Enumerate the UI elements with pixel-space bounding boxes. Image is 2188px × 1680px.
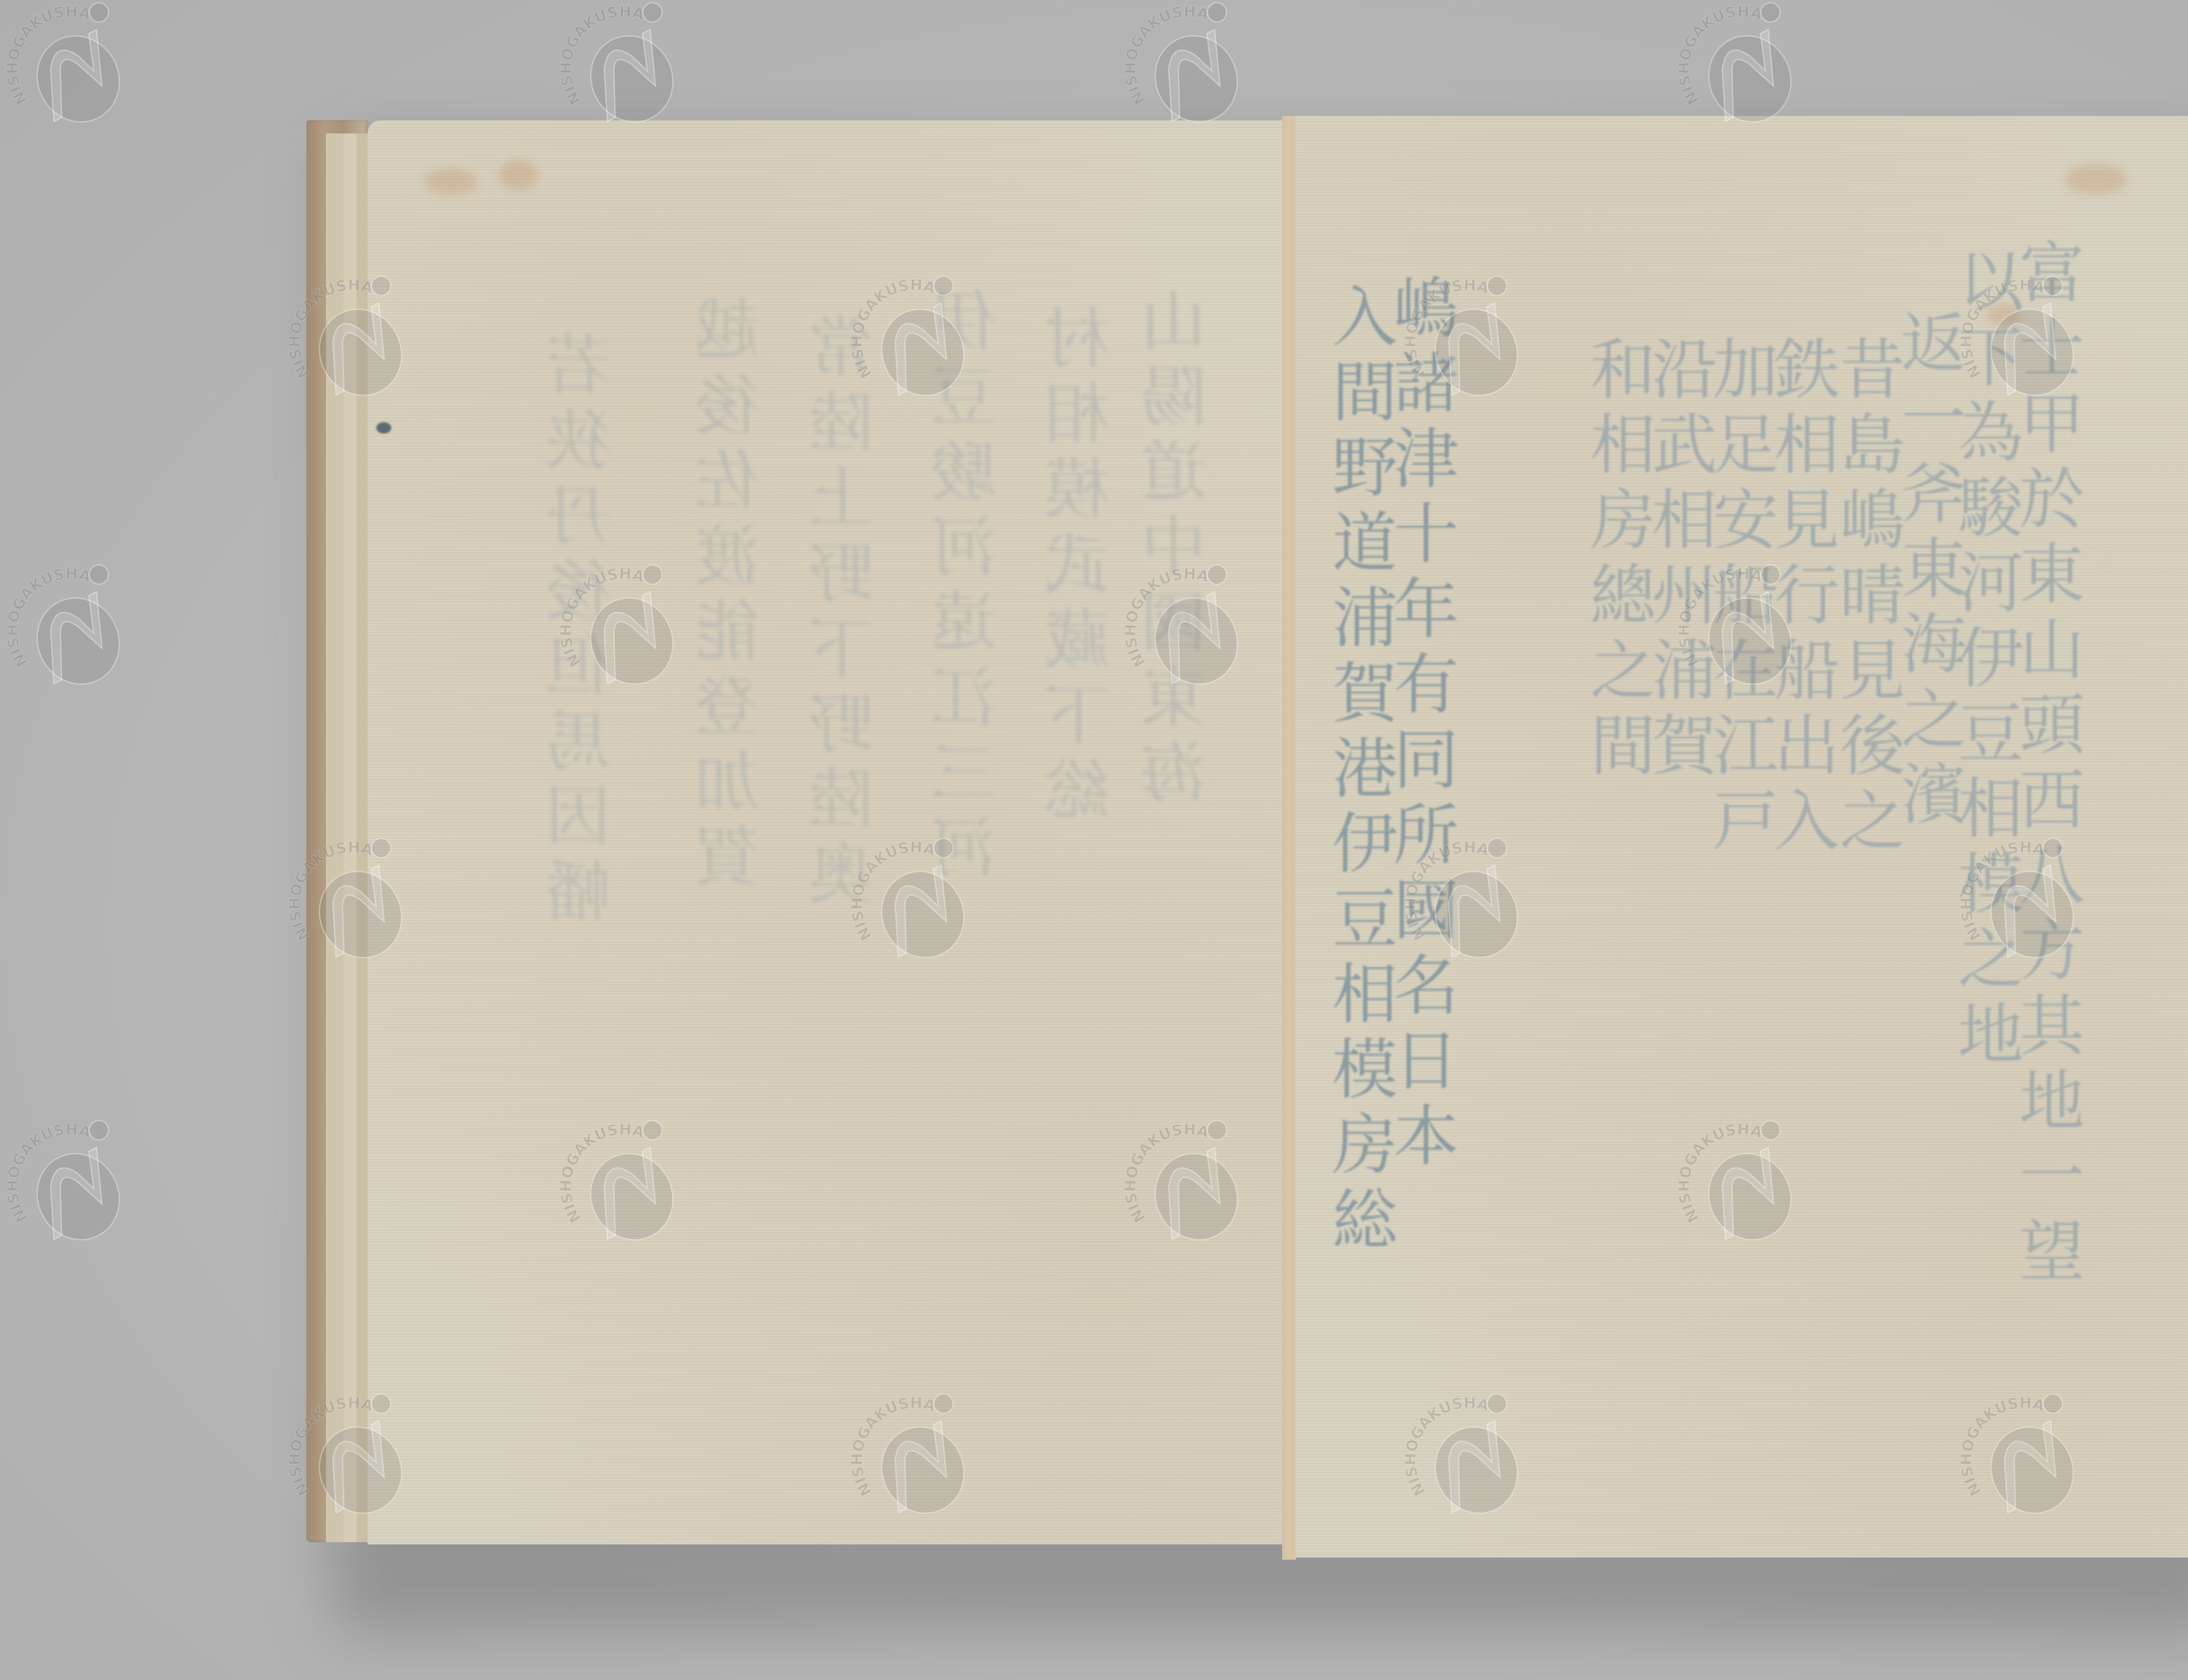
right-page-column: 加足安船在江戸 — [1707, 335, 1772, 861]
left-page-column: 常陸上野下野陸奥 — [814, 313, 880, 915]
right-page-column: 返一斧東海之濱 — [1895, 308, 1960, 835]
left-page-column: 越後佐渡能登加賀 — [700, 295, 766, 897]
right-page-column: 沿武相州浦賀 — [1645, 335, 1711, 786]
ink-spot — [376, 422, 391, 434]
right-page-column: 鉄相見行船出入 — [1768, 335, 1834, 861]
left-page-column: 伊豆駿河遠江三河 — [936, 287, 1002, 889]
book-gutter — [1282, 116, 1296, 1560]
left-page-column: 村相模武藏下総 — [1050, 304, 1116, 831]
foxing-stain — [499, 160, 538, 190]
right-page-column: 和相房總之間 — [1584, 335, 1650, 786]
stacked-leaf-edge — [344, 133, 358, 1542]
right-page-column: 富士甲於東山頭西八方其地一望 — [2013, 238, 2079, 1292]
left-page: 山陽道中國東海 村相模武藏下総 伊豆駿河遠江三河 常陸上野下野陸奥 越後佐渡能登… — [368, 120, 1282, 1544]
left-page-column: 山陽道中國東海 — [1147, 287, 1212, 813]
right-page-column: 昔島嶋晴見後之 — [1834, 335, 1899, 861]
foxing-stain — [2065, 164, 2127, 195]
stacked-leaf-edge — [326, 133, 345, 1542]
foxing-stain — [424, 168, 477, 195]
open-book: 山陽道中國東海 村相模武藏下総 伊豆駿河遠江三河 常陸上野下野陸奥 越後佐渡能登… — [306, 116, 2188, 1568]
right-page-column-bold: 入間野道浦賀港伊豆相模房総 — [1326, 282, 1392, 1260]
stacked-leaf-edge — [357, 133, 369, 1542]
left-page-column: 若狭丹後但馬因幡 — [551, 330, 617, 932]
right-page: 富士甲於東山頭西八方其地一望 以下為駿河伊豆相模之地 返一斧東海之濱 昔島嶋晴見… — [1295, 116, 2188, 1557]
right-page-column-bold: 嶋諸津十年有同所國名日本 — [1387, 273, 1453, 1176]
